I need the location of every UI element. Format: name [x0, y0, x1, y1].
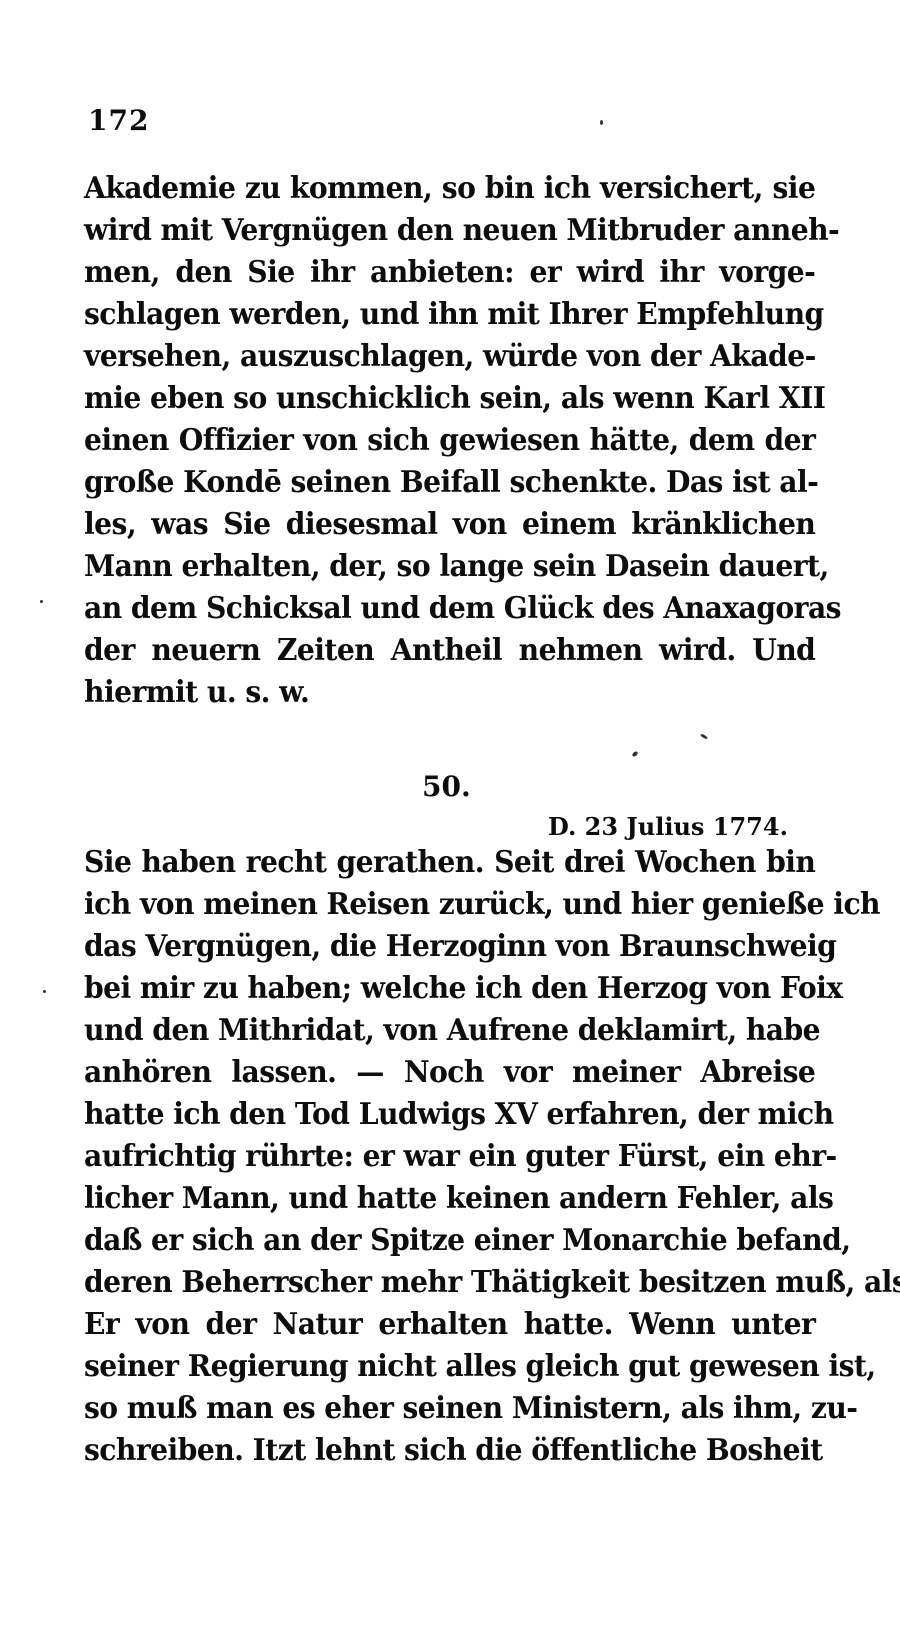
text-line: aufrichtig rührte: er war ein guter Fürs…	[84, 1136, 815, 1178]
text-line: Er von der Natur erhalten hatte. Wenn un…	[84, 1304, 815, 1346]
text-line: ich von meinen Reisen zurück, und hier g…	[84, 884, 815, 926]
text-line: schlagen werden, und ihn mit Ihrer Empfe…	[84, 294, 815, 336]
text-line: versehen, auszuschlagen, würde von der A…	[84, 336, 815, 378]
text-line: Akademie zu kommen, so bin ich versicher…	[84, 168, 815, 210]
text-line: so muß man es eher seinen Ministern, als…	[84, 1388, 815, 1430]
text-line: les, was Sie diesesmal von einem kränkli…	[84, 504, 815, 546]
page-number: 172	[88, 104, 149, 137]
text-line: große Kondē seinen Beifall schenkte. Das…	[84, 462, 815, 504]
text-line: das Vergnügen, die Herzoginn von Braunsc…	[84, 926, 815, 968]
text-line: hiermit u. s. w.	[84, 672, 815, 714]
text-line: bei mir zu haben; welche ich den Herzog …	[84, 968, 815, 1010]
scan-speck	[43, 990, 46, 993]
text-line: daß er sich an der Spitze einer Monarchi…	[84, 1220, 815, 1262]
scan-speck	[700, 733, 708, 740]
scan-speck	[40, 600, 43, 603]
letter-number: 50.	[422, 770, 471, 803]
text-line: anhören lassen. — Noch vor meiner Abreis…	[84, 1052, 815, 1094]
text-line: Sie haben recht gerathen. Seit drei Woch…	[84, 842, 815, 884]
letter-dateline: D. 23 Julius 1774.	[548, 812, 788, 841]
scan-speck	[631, 751, 638, 758]
text-line: Mann erhalten, der, so lange sein Dasein…	[84, 546, 815, 588]
text-line: licher Mann, und hatte keinen andern Feh…	[84, 1178, 815, 1220]
text-line: der neuern Zeiten Antheil nehmen wird. U…	[84, 630, 815, 672]
text-line: men, den Sie ihr anbieten: er wird ihr v…	[84, 252, 815, 294]
text-line: und den Mithridat, von Aufrene deklamirt…	[84, 1010, 815, 1052]
text-line: hatte ich den Tod Ludwigs XV erfahren, d…	[84, 1094, 815, 1136]
text-line: an dem Schicksal und dem Glück des Anaxa…	[84, 588, 815, 630]
text-line: seiner Regierung nicht alles gleich gut …	[84, 1346, 815, 1388]
text-line: mie eben so unschicklich sein, als wenn …	[84, 378, 815, 420]
letter-body: Sie haben recht gerathen. Seit drei Woch…	[84, 842, 816, 1472]
text-line: deren Beherrscher mehr Thätigkeit besitz…	[84, 1262, 815, 1304]
paragraph-continuation: Akademie zu kommen, so bin ich versicher…	[84, 168, 816, 714]
text-line: wird mit Vergnügen den neuen Mitbruder a…	[84, 210, 815, 252]
text-line: einen Offizier von sich gewiesen hätte, …	[84, 420, 815, 462]
text-line: schreiben. Itzt lehnt sich die öffentlic…	[84, 1430, 815, 1472]
scan-speck	[600, 120, 603, 125]
